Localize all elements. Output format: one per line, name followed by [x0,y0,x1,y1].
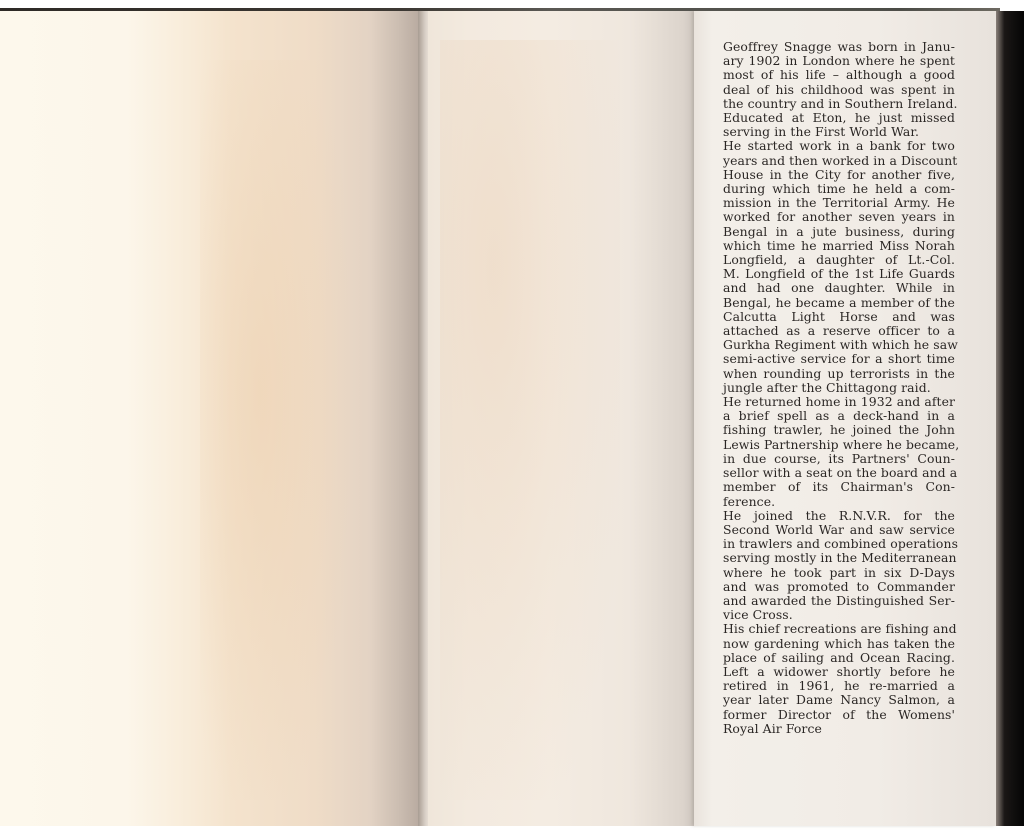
text-line: sellor with a seat on the board and a [723,466,955,480]
text-line: vice Cross. [723,608,955,622]
text-line: and was promoted to Commander [723,580,955,594]
text-line: House in the City for another five, [723,168,955,182]
text-line: where he took part in six D-Days [723,566,955,580]
text-line: Educated at Eton, he just missed [723,111,955,125]
text-line: a brief spell as a deck-hand in a [723,409,955,423]
text-line: Calcutta Light Horse and was [723,310,955,324]
text-line: attached as a reserve officer to a [723,324,955,338]
right-edge-shadow [996,11,1024,826]
text-line: most of his life – although a good [723,68,955,82]
text-line: serving in the First World War. [723,125,955,139]
paper-discoloration [200,60,350,800]
text-line: place of sailing and Ocean Racing. [723,651,955,665]
text-line: Bengal, he became a member of the [723,296,955,310]
bio-paragraph-war-service: He joined the R.N.V.R. for the Second Wo… [723,509,955,623]
author-biography: Geoffrey Snagge was born in Janu- ary 19… [723,40,955,736]
text-line: now gardening which has taken the [723,637,955,651]
text-line: He returned home in 1932 and after [723,395,955,409]
text-line: ary 1902 in London where he spent [723,54,955,68]
text-line: member of its Chairman's Con- [723,480,955,494]
bio-paragraph-early-life: Geoffrey Snagge was born in Janu- ary 19… [723,40,955,139]
text-line: Longfield, a daughter of Lt.-Col. [723,253,955,267]
text-line: when rounding up terrorists in the [723,367,955,381]
text-line: years and then worked in a Discount [723,154,955,168]
text-line: M. Longfield of the 1st Life Guards [723,267,955,281]
text-line: Gurkha Regiment with which he saw [723,338,955,352]
bio-paragraph-recreations: His chief recreations are fishing and no… [723,622,955,736]
text-line: the country and in Southern Ireland. [723,97,955,111]
text-line: retired in 1961, he re-married a [723,679,955,693]
text-line: Left a widower shortly before he [723,665,955,679]
text-line: fishing trawler, he joined the John [723,423,955,437]
text-line: year later Dame Nancy Salmon, a [723,693,955,707]
text-line: Second World War and saw service [723,523,955,537]
text-line: He joined the R.N.V.R. for the [723,509,955,523]
text-line: which time he married Miss Norah [723,239,955,253]
text-line: and had one daughter. While in [723,281,955,295]
text-line: Bengal in a jute business, during [723,225,955,239]
text-line: in due course, its Partners' Coun- [723,452,955,466]
jacket-discoloration [440,40,620,800]
text-line: worked for another seven years in [723,210,955,224]
text-line: Royal Air Force [723,722,955,736]
text-line: during which time he held a com- [723,182,955,196]
text-line: Lewis Partnership where he became, [723,438,955,452]
text-line: jungle after the Chittagong raid. [723,381,955,395]
bio-paragraph-john-lewis: He returned home in 1932 and after a bri… [723,395,955,509]
text-line: ference. [723,495,955,509]
text-line: in trawlers and combined operations [723,537,955,551]
text-line: semi-active service for a short time [723,352,955,366]
text-line: He started work in a bank for two [723,139,955,153]
text-line: deal of his childhood was spent in [723,83,955,97]
bio-paragraph-career-bengal: He started work in a bank for two years … [723,139,955,395]
text-line: Geoffrey Snagge was born in Janu- [723,40,955,54]
text-line: mission in the Territorial Army. He [723,196,955,210]
text-line: serving mostly in the Mediterranean [723,551,955,565]
text-line: former Director of the Womens' [723,708,955,722]
text-line: His chief recreations are fishing and [723,622,955,636]
book-scan: Geoffrey Snagge was born in Janu- ary 19… [0,0,1024,835]
text-line: and awarded the Distinguished Ser- [723,594,955,608]
